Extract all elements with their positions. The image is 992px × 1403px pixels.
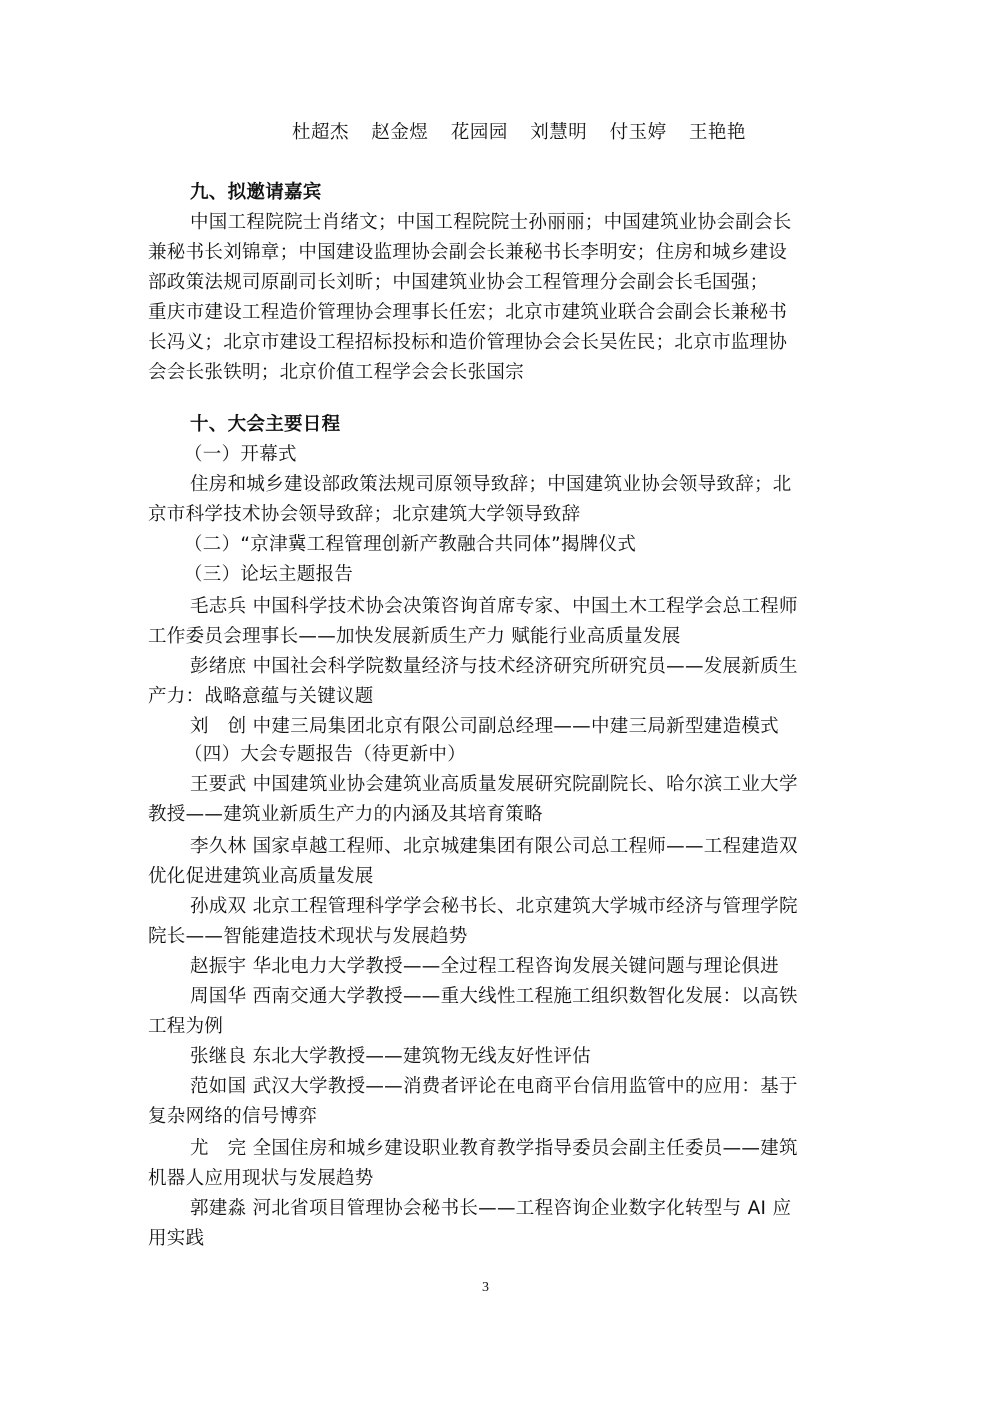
report-line: 院长——智能建造技术现状与发展趋势 xyxy=(148,922,848,952)
report-line: 机器人应用现状与发展趋势 xyxy=(148,1164,848,1194)
opening-line: 京市科学技术协会领导致辞；北京建筑大学领导致辞 xyxy=(148,500,848,530)
guests-line: 中国工程院院士肖绪文；中国工程院院士孙丽丽；中国建筑业协会副会长 xyxy=(190,208,890,238)
opening-line: 住房和城乡建设部政策法规司原领导致辞；中国建筑业协会领导致辞；北 xyxy=(190,470,890,500)
keynote-line: 工作委员会理事长——加快发展新质生产力 赋能行业高质量发展 xyxy=(148,622,848,652)
report-line: 孙成双 北京工程管理科学学会秘书长、北京建筑大学城市经济与管理学院 xyxy=(190,892,890,922)
report-line: 范如国 武汉大学教授——消费者评论在电商平台信用监管中的应用：基于 xyxy=(190,1072,890,1102)
page-number: 3 xyxy=(482,1280,489,1296)
report-line: 周国华 西南交通大学教授——重大线性工程施工组织数智化发展：以高铁 xyxy=(190,982,890,1012)
report-line: 李久林 国家卓越工程师、北京城建集团有限公司总工程师——工程建造双 xyxy=(190,832,890,862)
report-line: 王要武 中国建筑业协会建筑业高质量发展研究院副院长、哈尔滨工业大学 xyxy=(190,770,890,800)
staff-name: 花园园 xyxy=(451,122,508,143)
staff-name: 付玉婷 xyxy=(610,122,667,143)
section-9-heading: 九、拟邀请嘉宾 xyxy=(190,178,890,208)
staff-name: 刘慧明 xyxy=(530,122,587,143)
section-10-heading: 十、大会主要日程 xyxy=(190,410,890,440)
report-line: 工程为例 xyxy=(148,1012,848,1042)
staff-name: 赵金煜 xyxy=(371,122,428,143)
report-line: 复杂网络的信号博弈 xyxy=(148,1102,848,1132)
staff-names: 杜超杰 赵金煜 花园园 刘慧明 付玉婷 王艳艳 xyxy=(292,118,992,148)
staff-name: 王艳艳 xyxy=(689,122,746,143)
opening-subheading: （一）开幕式 xyxy=(184,440,884,470)
keynote-subheading: （三）论坛主题报告 xyxy=(184,560,884,590)
report-line: 尤 完 全国住房和城乡建设职业教育教学指导委员会副主任委员——建筑 xyxy=(190,1134,890,1164)
document-page: 杜超杰 赵金煜 花园园 刘慧明 付玉婷 王艳艳 九、拟邀请嘉宾 中国工程院院士肖… xyxy=(0,0,992,1403)
report-line: 用实践 xyxy=(148,1224,848,1254)
unveiling-subheading: （二）“京津冀工程管理创新产教融合共同体”揭牌仪式 xyxy=(184,530,884,560)
guests-line: 长冯义；北京市建设工程招标投标和造价管理协会会长吴佐民；北京市监理协 xyxy=(148,328,848,358)
guests-line: 会会长张铁明；北京价值工程学会会长张国宗 xyxy=(148,358,848,388)
report-line: 张继良 东北大学教授——建筑物无线友好性评估 xyxy=(190,1042,890,1072)
report-line: 教授——建筑业新质生产力的内涵及其培育策略 xyxy=(148,800,848,830)
report-line: 赵振宇 华北电力大学教授——全过程工程咨询发展关键问题与理论俱进 xyxy=(190,952,890,982)
staff-name: 杜超杰 xyxy=(292,122,349,143)
guests-line: 兼秘书长刘锦章；中国建设监理协会副会长兼秘书长李明安；住房和城乡建设 xyxy=(148,238,848,268)
keynote-line: 刘 创 中建三局集团北京有限公司副总经理——中建三局新型建造模式 xyxy=(190,712,890,742)
report-line: 优化促进建筑业高质量发展 xyxy=(148,862,848,892)
guests-line: 部政策法规司原副司长刘昕；中国建筑业协会工程管理分会副会长毛国强； xyxy=(148,268,848,298)
report-line: 郭建淼 河北省项目管理协会秘书长——工程咨询企业数字化转型与 AI 应 xyxy=(190,1194,890,1224)
special-reports-subheading: （四）大会专题报告（待更新中） xyxy=(184,740,884,770)
keynote-line: 产力：战略意蕴与关键议题 xyxy=(148,682,848,712)
keynote-line: 毛志兵 中国科学技术协会决策咨询首席专家、中国土木工程学会总工程师 xyxy=(190,592,890,622)
guests-line: 重庆市建设工程造价管理协会理事长任宏；北京市建筑业联合会副会长兼秘书 xyxy=(148,298,848,328)
keynote-line: 彭绪庶 中国社会科学院数量经济与技术经济研究所研究员——发展新质生 xyxy=(190,652,890,682)
